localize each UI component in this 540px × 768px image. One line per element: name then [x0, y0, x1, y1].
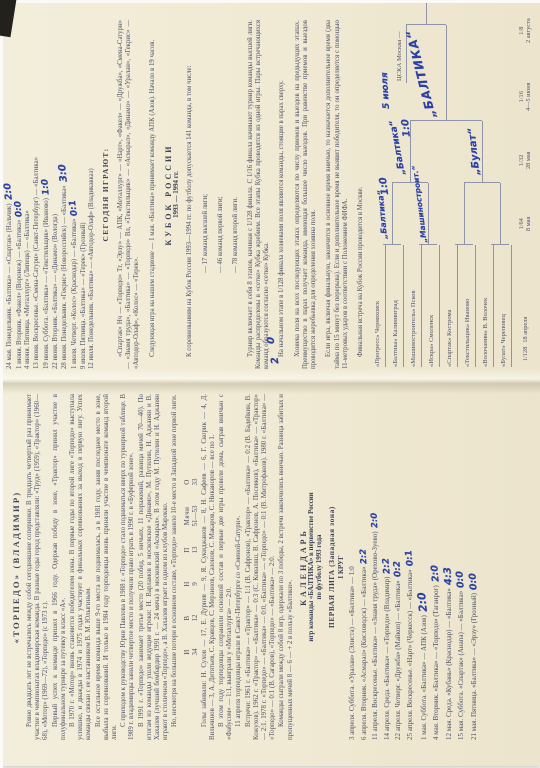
match-text: 19 июня. Суббота. «Балтика» — «Текстильщ…: [43, 198, 50, 369]
handwritten-score: 0:2: [393, 561, 406, 578]
handwritten-score: 0:0: [14, 200, 24, 217]
bracket-round-label: 1/3228 мая: [518, 151, 533, 169]
page-title: «ТОРПЕДО» (ВЛАДИМИР): [11, 394, 21, 740]
match-text: 1 мая. Суббота. «Балтика» — АПК (Азов): [420, 615, 428, 740]
handwritten-score: 0:1: [404, 550, 417, 567]
handwritten-annotation: „Машиностроит.“: [410, 165, 428, 243]
stats-header-cell: В: [183, 601, 191, 635]
match-text: 6 апреля. Вторник. «Асмарал» (Кисловодск…: [360, 567, 368, 740]
handwritten-score: 2:0: [416, 592, 430, 613]
article-paragraph: Голы забивали: Н. Сухов — 17, Е. Дурнев …: [201, 394, 217, 740]
page-right: 24 мая. Понедельник. «Балтика» — «Спарта…: [0, 0, 540, 382]
handwritten-score: 0:0: [467, 573, 480, 591]
round-date: 8 мая: [525, 217, 532, 231]
calendar-subtitle-2: по футболу 1993 года: [316, 394, 325, 740]
handwritten-score: 4:3: [442, 567, 455, 586]
calendar-title: КАЛЕНДАРЬ: [299, 394, 308, 740]
match-text: 11 апреля. Воскресенье. «Балтика» — «Зна…: [371, 531, 379, 740]
match-text: 9 июля. Пятница. «Балтика» — «Терек» (Гр…: [80, 222, 87, 369]
stats-header-cell: Мячи: [183, 499, 191, 533]
cup-subheading: 1993 — 1994 гг.: [173, 20, 180, 369]
round-date: 28 мая: [525, 151, 532, 169]
stats-header-cell: П: [183, 533, 191, 567]
bracket-entrant-cska: ЦСКА Москва —: [396, 32, 403, 81]
cup-bracket: «Прогресс» Черняховск«Балтика» Калинингр…: [372, 20, 540, 369]
today-paragraph: «Спартак» Нч — «Торпедо» Тг, «Эрзу» — АП…: [117, 20, 142, 369]
stats-value-cell: 33: [191, 465, 199, 499]
cup-paragraph: — 46 команд первой лиги;: [217, 20, 225, 273]
bracket-round-label: 1/82 августа: [518, 18, 533, 43]
match-text: 25 апреля. Воскресенье. «Нарт» (Черкесск…: [406, 569, 414, 740]
cup-section: К соревнованиям на Кубок России 1993—199…: [186, 20, 365, 369]
article-paragraph: Встречи: 1961 г. «Балтика» — «Трактор» —…: [245, 394, 278, 740]
page-spread: «ТОРПЕДО» (ВЛАДИМИР) Ровно двадцать лет …: [0, 0, 540, 766]
match-text: 14 апреля. Среда. «Балтика» — «Торпедо» …: [383, 577, 391, 740]
stats-value-cell: 34: [191, 635, 199, 669]
article-paragraph: 11 апреля торпедовцы играли в Санкт-Пете…: [235, 394, 243, 740]
match-text: 1 июля. Четверг. «Колос» (Краснодар) — «…: [71, 219, 78, 369]
calendar-heading: КАЛЕНДАРЬ игр команды «БАЛТИКА» в первен…: [299, 394, 345, 740]
handwritten-annotation: „Булат“: [467, 128, 483, 176]
cup-paragraph: К соревнованиям на Кубок России 1993—199…: [186, 20, 194, 369]
cup-paragraph: — 78 команд второй лиги.: [232, 20, 240, 273]
bracket-team: «Волочанин» В. Волочек: [482, 245, 494, 367]
calendar-match-row: 22 апреля. Четверг. «Дружба» (Майкоп) — …: [393, 394, 405, 740]
stats-header-row: ИВНПМячиО: [183, 465, 191, 669]
handwritten-annotation: 1:0: [378, 176, 391, 195]
handwritten-score: 0:0: [455, 570, 468, 588]
handwritten-score: 2:0: [4, 183, 14, 201]
calendar-match-row: 1 июня. Вторник. «Факел» (Воронеж) — «Ба…: [15, 20, 25, 369]
round-date: 18 апреля: [522, 317, 529, 343]
calendar-match-row: 3 апреля. Суббота. «Уралан» (Элиста) — «…: [347, 394, 359, 740]
scan-edge: [0, 0, 540, 3]
article-paragraph: В этом году торпедовцы сохранили основно…: [218, 394, 234, 740]
stats-value-cell: 9: [191, 567, 199, 601]
bracket-line: [500, 183, 501, 245]
handwritten-score: 3:0: [59, 164, 70, 183]
calendar-match-row: 21 мая. Пятница. «Балтика» — «Эрзу» (Гро…: [468, 394, 481, 740]
match-text: 24 мая. Понедельник. «Балтика» — «Спарта…: [6, 203, 13, 369]
bracket-line: [446, 25, 447, 121]
handwritten-score: 2:0: [370, 513, 382, 529]
calendar-match-row: 25 апреля. Воскресенье. «Нарт» (Черкесск…: [405, 394, 417, 740]
stats-value-row: 341291351—5333: [191, 465, 199, 669]
calendar-match-row: 4 мая. Вторник. «Балтика» — «Торпедо» (Т…: [430, 394, 443, 740]
handwritten-score: 1:0: [41, 179, 51, 196]
calendar-match-row: 1 июля. Четверг. «Колос» (Краснодар) — «…: [70, 20, 80, 369]
calendar-match-row: 4 июня. Пятница. «Металлург» (Липецк) — …: [24, 20, 33, 369]
cup-paragraph: Хозяева поля на всех последующих этапах …: [294, 20, 319, 369]
handwritten-annotation: „БАЛТИКА“: [403, 28, 438, 119]
calendar-league: ПЕРВАЯ ЛИГА (Западная зона): [327, 394, 336, 740]
match-text: 13 июня. Воскресенье. «Смена-Сатурн» (Са…: [33, 157, 40, 369]
bracket-line: [464, 183, 465, 245]
stats-value-cell: 12: [191, 601, 199, 635]
handwritten-score: 2:2: [358, 548, 371, 564]
bracket-team: «Текстильщик» Иваново: [464, 245, 476, 367]
article-paragraph: Команды сыграли между собой 8 игр, одерж…: [278, 394, 294, 740]
round-date: 4—5 июня: [525, 82, 532, 111]
article-paragraph: Все остальное время команда выше 9-го ме…: [95, 394, 120, 740]
bracket-round-label: 1/648 мая: [518, 217, 533, 231]
bracket-line: [392, 183, 393, 245]
cup-heading: КУБОК РОССИИ: [164, 20, 173, 369]
article: Ровно двадцать лет не встречались между …: [26, 394, 180, 740]
match-text: 22 июня. Вторник. «Балтика» — «Динамо» (…: [52, 214, 59, 369]
match-text: 12 мая. Среда. «Кубань» (Краснодар) — «Б…: [445, 588, 453, 740]
bracket-line: [428, 183, 429, 245]
match-text: 22 апреля. Четверг. «Дружба» (Майкоп) — …: [394, 580, 402, 740]
calendar-first-leg: 3 апреля. Суббота. «Уралан» (Элиста) — «…: [347, 394, 481, 740]
round-name: 1/16: [518, 91, 525, 102]
bracket-team: «Балтика» Калининград: [392, 245, 404, 367]
stats-value-cell: 51—53: [191, 499, 199, 533]
match-text: 12 июля. Понедельник. «Балтика» — «Автод…: [88, 168, 95, 369]
calendar-subtitle-1: игр команды «БАЛТИКА» в первенстве Росси…: [308, 394, 317, 740]
handwritten-annotation: 1:0: [400, 119, 413, 138]
calendar-match-row: 14 апреля. Среда. «Балтика» — «Торпедо» …: [382, 394, 394, 740]
calendar-match-row: 1 мая. Суббота. «Балтика» — АПК (Азов)2:…: [417, 394, 431, 740]
scan-edge: [0, 0, 3, 768]
handwritten-score: 2:0: [430, 565, 443, 583]
bracket-team: «Машиностроитель» Псков: [410, 245, 422, 367]
scanned-football-programme: «ТОРПЕДО» (ВЛАДИМИР) Ровно двадцать лет …: [0, 0, 540, 768]
bracket-team: «Прогресс» Черняховск: [374, 245, 386, 367]
calendar-match-row: 19 июня. Суббота. «Балтика» — «Текстильщ…: [42, 20, 52, 369]
round-name: 1/32: [518, 155, 525, 166]
bracket-team: «Искра» Смоленск: [428, 245, 440, 367]
stats-header-cell: Н: [183, 567, 191, 601]
calendar-round: I КРУГ: [337, 394, 345, 740]
cup-paragraph: Если игра, включая финальную, закончится…: [325, 20, 350, 369]
match-text: 21 мая. Пятница. «Балтика» — «Эрзу» (Гро…: [470, 593, 478, 740]
match-text: 3 апреля. Суббота. «Уралан» (Элиста) — «…: [348, 566, 356, 740]
calendar-match-row: 24 мая. Понедельник. «Балтика» — «Спарта…: [5, 20, 15, 369]
calendar-match-row: 9 июля. Пятница. «Балтика» — «Терек» (Гр…: [80, 20, 89, 369]
calendar-match-row: 12 июля. Понедельник. «Балтика» — «Автод…: [88, 20, 97, 369]
round-date: 2 августа: [525, 18, 532, 43]
match-text: 1 июня. Вторник. «Факел» (Воронеж) — «Ба…: [16, 220, 23, 369]
stats-table: ИВНПМячиО 341291351—5333: [183, 394, 199, 740]
today-paragraph: Следующая игра на нашем стадионе — 1 мая…: [149, 20, 157, 369]
stats-header-cell: И: [183, 635, 191, 669]
match-text: 28 июня. Понедельник. «Гекрис» (Новоросс…: [61, 185, 68, 369]
bracket-team: «Булат» Череповец: [500, 245, 512, 367]
article-continued: Голы забивали: Н. Сухов — 17, Е. Дурнев …: [201, 394, 295, 740]
cup-paragraph: На начальном этапе в 1/128 финала хозяев…: [278, 20, 286, 369]
calendar-match-row: 22 июня. Вторник. «Балтика» — «Динамо» (…: [52, 20, 61, 369]
calendar-match-row: 6 апреля. Вторник. «Асмарал» (Кисловодск…: [359, 394, 371, 740]
handwritten-annotation: „Балтика“: [376, 190, 389, 239]
stats-header-cell: О: [183, 465, 191, 499]
calendar-match-row: 13 июня. Воскресенье. «Смена-Сатурн» (Са…: [33, 20, 42, 369]
article-paragraph: В 1970 г. «Мотор» вновь становится побед…: [69, 394, 94, 740]
cup-paragraph: — 17 команд высшей лиги;: [202, 20, 210, 273]
cup-paragraph: Финальная встреча на Кубок России провод…: [357, 20, 365, 369]
calendar-match-row: 11 апреля. Воскресенье. «Балтика» — «Зна…: [370, 394, 382, 740]
handwritten-margin-digit: 0: [266, 337, 277, 345]
page-left: «ТОРПЕДО» (ВЛАДИМИР) Ровно двадцать лет …: [0, 382, 540, 766]
match-text: 15 мая. Суббота. «Спартак» (Анапа) — «Ба…: [457, 591, 465, 740]
calendar-continuation: 24 мая. Понедельник. «Балтика» — «Спарта…: [5, 20, 97, 369]
article-paragraph: Но, несмотря на большие потери в основно…: [171, 394, 179, 740]
match-text: 4 мая. Вторник. «Балтика» — «Торпедо» (Т…: [432, 585, 440, 740]
stats-value-cell: 13: [191, 533, 199, 567]
calendar-match-row: 28 июня. Понедельник. «Гекрис» (Новоросс…: [60, 20, 70, 369]
bracket-line: [426, 0, 427, 25]
article-paragraph: Первый успех к команде пришел в 1966 год…: [52, 394, 68, 740]
handwritten-annotation: 5 июля: [380, 72, 392, 109]
bracket-round-label: 1/12818 апреля: [522, 317, 529, 361]
match-text: 4 июня. Пятница. «Металлург» (Липецк) — …: [24, 210, 31, 369]
cup-paragraph: Турнир включает в себя 8 этапов, начиная…: [247, 20, 272, 369]
article-paragraph: С приходом к руководству Юрия Павлова в …: [120, 394, 136, 740]
round-name: 1/128: [522, 347, 529, 361]
today-heading: СЕГОДНЯ ИГРАЮТ:: [101, 20, 110, 369]
article-paragraph: Ровно двадцать лет не встречались между …: [26, 394, 51, 740]
calendar-match-row: 12 мая. Среда. «Кубань» (Краснодар) — «Б…: [443, 394, 456, 740]
round-name: 1/64: [518, 218, 525, 229]
bracket-team: «Спартак» Кострома: [446, 245, 458, 367]
handwritten-score: 0:1: [69, 199, 80, 216]
bracket-round-label: 1/164—5 июня: [518, 82, 533, 111]
calendar-match-row: 15 мая. Суббота. «Спартак» (Анапа) — «Ба…: [455, 394, 468, 740]
article-paragraph: В 1991 г. «Торпедо» занимает третье мест…: [138, 394, 171, 740]
round-name: 1/8: [518, 27, 525, 35]
today-section: «Спартак» Нч — «Торпедо» Тг, «Эрзу» — АП…: [117, 20, 157, 369]
